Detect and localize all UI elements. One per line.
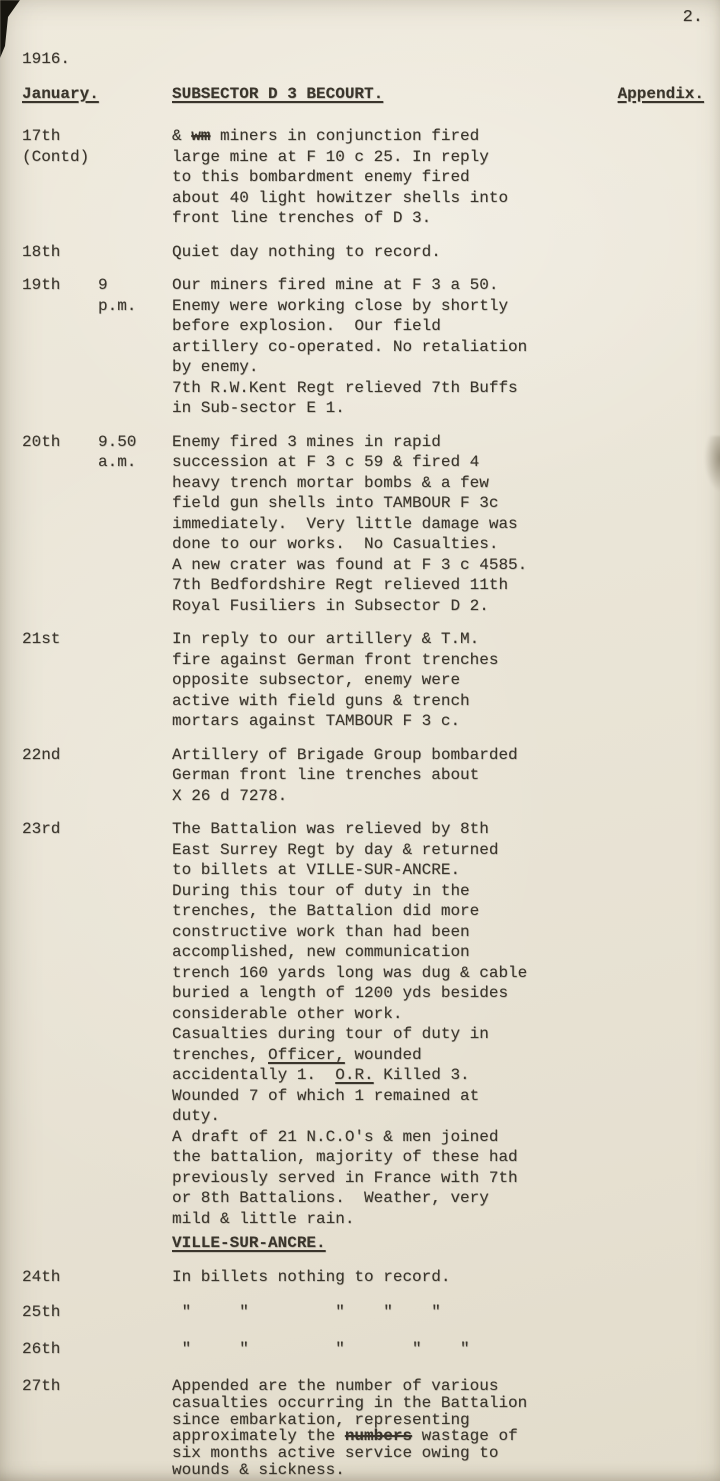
text-segment: Killed 3. [374, 1066, 470, 1084]
entry-text-line: accomplished, new communication [172, 942, 720, 963]
date-line: 24th [22, 1267, 98, 1288]
entry-text-line: heavy trench mortar bombs & a few [172, 473, 720, 494]
entry-text-line: & wm miners in conjunction fired [172, 126, 720, 147]
entry-text-line: mild & little rain. [172, 1209, 720, 1230]
entry-text-line: duty. [172, 1106, 720, 1127]
entry-text-line: field gun shells into TAMBOUR F 3c [172, 493, 720, 514]
diary-entry: 19th9p.m.Our miners fired mine at F 3 a … [22, 275, 720, 419]
entry-text-line: Royal Fusiliers in Subsector D 2. [172, 596, 720, 617]
entry-body: Quiet day nothing to record. [172, 242, 720, 263]
diary-entry: 21stIn reply to our artillery & T.M.fire… [22, 629, 720, 732]
entry-text-line: Wounded 7 of which 1 remained at [172, 1086, 720, 1107]
text-segment: trenches, [172, 1046, 268, 1064]
entry-text-line: in Sub-sector E 1. [172, 398, 720, 419]
time-line: a.m. [98, 452, 172, 473]
diary-entry: 18thQuiet day nothing to record. [22, 242, 720, 263]
entry-text-line: buried a length of 1200 yds besides [172, 983, 720, 1004]
entry-body: " " " " " [172, 1339, 720, 1360]
entry-text-line: considerable other work. [172, 1004, 720, 1025]
date-line: 18th [22, 242, 98, 263]
diary-entry: 24thIn billets nothing to record. [22, 1267, 720, 1288]
entry-body: Enemy fired 3 mines in rapidsuccession a… [172, 432, 720, 617]
page-content: 1916. January. SUBSECTOR D 3 BECOURT. Ap… [0, 0, 720, 1481]
entry-date: 20th [22, 432, 98, 453]
entry-body: In reply to our artillery & T.M.fire aga… [172, 629, 720, 732]
entry-date: 17th(Contd) [22, 126, 98, 167]
diary-entry: 23rdThe Battalion was relieved by 8thEas… [22, 819, 720, 1229]
diary-entry: 27thAppended are the number of variousca… [22, 1378, 720, 1479]
entry-text-line: " " " " " [172, 1302, 720, 1323]
year-label: 1916. [22, 49, 720, 70]
entry-text-line: East Surrey Regt by day & returned [172, 840, 720, 861]
war-diary-page: 2. 1916. January. SUBSECTOR D 3 BECOURT.… [0, 0, 720, 1481]
entry-text-line: approximately the numbers wastage of [172, 1428, 720, 1445]
text-segment: accidentally 1. [172, 1066, 335, 1084]
entry-text-line: to this bombardment enemy fired [172, 167, 720, 188]
entry-text-line: Casualties during tour of duty in [172, 1024, 720, 1045]
section-header: January. SUBSECTOR D 3 BECOURT. Appendix… [22, 84, 720, 105]
diary-entry: 17th(Contd)& wm miners in conjunction fi… [22, 126, 720, 229]
entry-body: & wm miners in conjunction firedlarge mi… [172, 126, 720, 229]
underlined-text: Officer, [268, 1046, 345, 1064]
date-line: 23rd [22, 819, 98, 840]
entry-text-line: A new crater was found at F 3 c 4585. [172, 555, 720, 576]
entry-text-line: six months active service owing to [172, 1445, 720, 1462]
subheader-text: VILLE-SUR-ANCRE. [172, 1234, 326, 1252]
entry-text-line: In billets nothing to record. [172, 1267, 720, 1288]
entry-text-line: succession at F 3 c 59 & fired 4 [172, 452, 720, 473]
text-segment: wastage of [412, 1427, 518, 1445]
date-line: 21st [22, 629, 98, 650]
date-line: 20th [22, 432, 98, 453]
diary-entry: 25th " " " " " [22, 1302, 720, 1323]
date-line: 27th [22, 1378, 98, 1395]
entry-text-line: Artillery of Brigade Group bombarded [172, 745, 720, 766]
entry-text-line: Quiet day nothing to record. [172, 242, 720, 263]
entry-date: 21st [22, 629, 98, 650]
month-label: January. [22, 84, 172, 105]
subsector-title: SUBSECTOR D 3 BECOURT. [172, 84, 618, 105]
entry-text-line: Our miners fired mine at F 3 a 50. [172, 275, 720, 296]
entry-date: 27th [22, 1378, 98, 1395]
time-line: p.m. [98, 296, 172, 317]
entry-text-line: German front line trenches about [172, 765, 720, 786]
entry-text-line: The Battalion was relieved by 8th [172, 819, 720, 840]
entry-body: Appended are the number of variouscasual… [172, 1378, 720, 1479]
diary-entry: 20th9.50a.m.Enemy fired 3 mines in rapid… [22, 432, 720, 617]
struck-text: numbers [345, 1427, 412, 1445]
entry-text-line: 7th R.W.Kent Regt relieved 7th Buffs [172, 378, 720, 399]
date-line: 17th [22, 126, 98, 147]
entry-body: " " " " " [172, 1302, 720, 1323]
section-subheader: VILLE-SUR-ANCRE. [22, 1233, 720, 1254]
entry-text-line: Enemy fired 3 mines in rapid [172, 432, 720, 453]
text-segment: & [172, 127, 191, 145]
entry-date: 26th [22, 1339, 98, 1360]
entry-text-line: to billets at VILLE-SUR-ANCRE. [172, 860, 720, 881]
entry-text-line: constructive work than had been [172, 922, 720, 943]
struck-text: wm [191, 127, 210, 145]
date-line: 19th [22, 275, 98, 296]
entry-text-line: opposite subsector, enemy were [172, 670, 720, 691]
date-line: 25th [22, 1302, 98, 1323]
entry-text-line: fire against German front trenches [172, 650, 720, 671]
entry-date: 24th [22, 1267, 98, 1288]
diary-entry: 22ndArtillery of Brigade Group bombarded… [22, 745, 720, 807]
entry-date: 19th [22, 275, 98, 296]
entry-text-line: trenches, Officer, wounded [172, 1045, 720, 1066]
entry-text-line: 7th Bedfordshire Regt relieved 11th [172, 575, 720, 596]
entry-body: Our miners fired mine at F 3 a 50.Enemy … [172, 275, 720, 419]
entry-time: 9.50a.m. [98, 432, 172, 473]
appendix-label: Appendix. [618, 84, 704, 105]
text-segment: wounded [345, 1046, 422, 1064]
entry-text-line: before explosion. Our field [172, 316, 720, 337]
entry-time: 9p.m. [98, 275, 172, 316]
diary-entry: 26th " " " " " [22, 1339, 720, 1360]
entry-text-line: Enemy were working close by shortly [172, 296, 720, 317]
date-line: 26th [22, 1339, 98, 1360]
time-line: 9.50 [98, 432, 172, 453]
date-line: 22nd [22, 745, 98, 766]
time-line: 9 [98, 275, 172, 296]
underlined-text: O.R. [335, 1066, 373, 1084]
entry-text-line: done to our works. No Casualties. [172, 534, 720, 555]
entry-text-line: about 40 light howitzer shells into [172, 188, 720, 209]
entry-date: 18th [22, 242, 98, 263]
entry-text-line: wounds & sickness. [172, 1462, 720, 1479]
entry-text-line: trench 160 yards long was dug & cable [172, 963, 720, 984]
entry-body: The Battalion was relieved by 8thEast Su… [172, 819, 720, 1229]
text-segment: miners in conjunction fired [210, 127, 479, 145]
entry-text-line: X 26 d 7278. [172, 786, 720, 807]
entry-text-line: or 8th Battalions. Weather, very [172, 1188, 720, 1209]
entry-text-line: previously served in France with 7th [172, 1168, 720, 1189]
date-line: (Contd) [22, 147, 98, 168]
entry-text-line: casualties occurring in the Battalion [172, 1395, 720, 1412]
entry-text-line: During this tour of duty in the [172, 881, 720, 902]
entry-text-line: artillery co-operated. No retaliation [172, 337, 720, 358]
entry-text-line: Appended are the number of various [172, 1378, 720, 1395]
entry-text-line: mortars against TAMBOUR F 3 c. [172, 711, 720, 732]
entry-date: 23rd [22, 819, 98, 840]
entry-text-line: In reply to our artillery & T.M. [172, 629, 720, 650]
entry-text-line: " " " " " [172, 1339, 720, 1360]
entry-date: 25th [22, 1302, 98, 1323]
entry-text-line: large mine at F 10 c 25. In reply [172, 147, 720, 168]
entry-text-line: front line trenches of D 3. [172, 208, 720, 229]
entry-date: 22nd [22, 745, 98, 766]
text-segment: approximately the [172, 1427, 345, 1445]
diary-entries: 17th(Contd)& wm miners in conjunction fi… [22, 126, 720, 1479]
entry-text-line: since embarkation, representing [172, 1412, 720, 1429]
entry-text-line: accidentally 1. O.R. Killed 3. [172, 1065, 720, 1086]
entry-text-line: A draft of 21 N.C.O's & men joined [172, 1127, 720, 1148]
entry-text-line: active with field guns & trench [172, 691, 720, 712]
entry-text-line: by enemy. [172, 357, 720, 378]
entry-text-line: trenches, the Battalion did more [172, 901, 720, 922]
entry-body: Artillery of Brigade Group bombardedGerm… [172, 745, 720, 807]
entry-body: In billets nothing to record. [172, 1267, 720, 1288]
entry-text-line: immediately. Very little damage was [172, 514, 720, 535]
entry-text-line: the battalion, majority of these had [172, 1147, 720, 1168]
